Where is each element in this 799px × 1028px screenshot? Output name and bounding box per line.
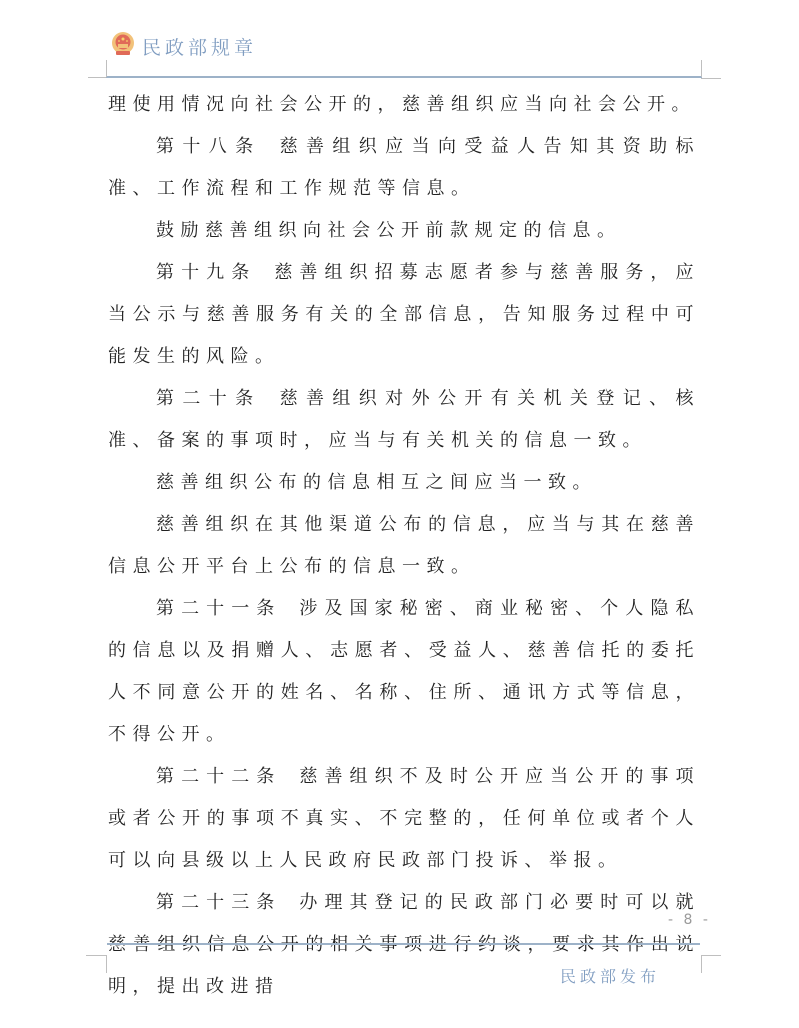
paragraph-article-23: 第二十三条办理其登记的民政部门必要时可以就慈善组织信息公开的相关事项进行约谈，要… xyxy=(108,882,700,1008)
crop-mark-bottom-left xyxy=(106,955,107,973)
article-number: 第二十二条 xyxy=(156,766,281,787)
article-number: 第十九条 xyxy=(156,262,256,283)
article-number: 第二十条 xyxy=(156,388,262,409)
footer-rule xyxy=(107,943,700,945)
page-number: - 8 - xyxy=(668,912,711,928)
crop-mark-top-left xyxy=(106,60,107,77)
paragraph-article-19: 第十九条慈善组织招募志愿者参与慈善服务，应当公示与慈善服务有关的全部信息，告知服… xyxy=(108,252,700,378)
crop-mark-top-left-h xyxy=(88,77,106,78)
article-number: 第十八条 xyxy=(156,136,262,157)
document-body: 理使用情况向社会公开的，慈善组织应当向社会公开。 第十八条慈善组织应当向受益人告… xyxy=(108,84,700,1008)
crop-mark-bottom-left-h xyxy=(86,955,106,956)
paragraph: 理使用情况向社会公开的，慈善组织应当向社会公开。 xyxy=(108,84,700,126)
paragraph-article-20: 第二十条慈善组织对外公开有关机关登记、核准、备案的事项时，应当与有关机关的信息一… xyxy=(108,378,700,462)
article-number: 第二十三条 xyxy=(156,892,281,913)
header-rule xyxy=(106,76,702,78)
paragraph-article-22: 第二十二条慈善组织不及时公开应当公开的事项或者公开的事项不真实、不完整的，任何单… xyxy=(108,756,700,882)
paragraph: 慈善组织在其他渠道公布的信息，应当与其在慈善信息公开平台上公布的信息一致。 xyxy=(108,504,700,588)
crop-mark-top-right xyxy=(701,60,702,77)
footer-publisher: 民政部发布 xyxy=(560,964,660,987)
crop-mark-top-right-h xyxy=(701,78,721,79)
paragraph-article-21: 第二十一条涉及国家秘密、商业秘密、个人隐私的信息以及捐赠人、志愿者、受益人、慈善… xyxy=(108,588,700,756)
crop-mark-bottom-right xyxy=(701,955,702,973)
paragraph: 鼓励慈善组织向社会公开前款规定的信息。 xyxy=(108,210,700,252)
article-number: 第二十一条 xyxy=(156,598,281,619)
paragraph-article-18: 第十八条慈善组织应当向受益人告知其资助标准、工作流程和工作规范等信息。 xyxy=(108,126,700,210)
page-header: 民政部规章 xyxy=(0,0,799,90)
crop-mark-bottom-right-h xyxy=(701,955,721,956)
header-title: 民政部规章 xyxy=(142,33,257,60)
paragraph: 慈善组织公布的信息相互之间应当一致。 xyxy=(108,462,700,504)
national-emblem-icon xyxy=(111,31,135,57)
